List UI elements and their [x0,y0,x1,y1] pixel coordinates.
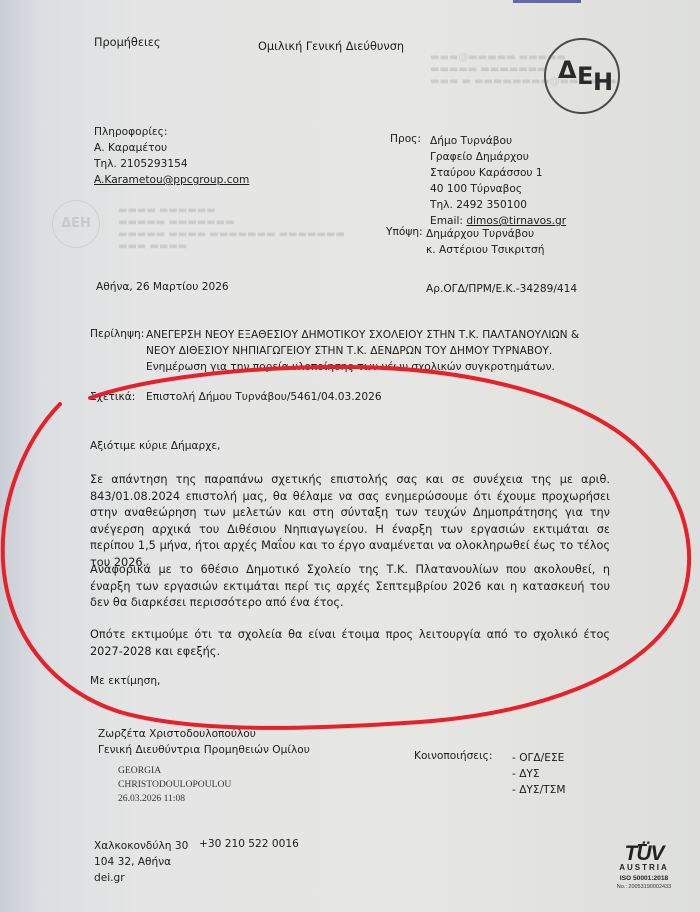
recipient-line: Γραφείο Δημάρχου [430,149,566,165]
digital-signature-line: GEORGIA [118,764,231,778]
body-paragraph-1: Σε απάντηση της παραπάνω σχετικής επιστο… [90,472,610,572]
sender-info-label: Πληροφορίες: [94,124,249,140]
footer-website: dei.gr [94,870,188,886]
department-label: Προμήθειες [94,36,161,49]
digital-signature-stamp: GEORGIA CHRISTODOULOPOULOU 26.03.2026 11… [118,764,231,806]
attention-line: κ. Αστέριου Τσικριτσή [426,242,544,258]
top-link-remnant [513,0,581,3]
iso-standard: ISO 50001:2018 [608,875,680,882]
signature-block: Ζωρζέτα Χριστοδουλοπούλου Γενική Διευθύν… [98,726,310,758]
subject-label: Περίληψη: [90,328,144,340]
signatory-title: Γενική Διευθύντρια Προμηθειών Ομίλου [98,742,310,758]
division-label: Ομιλική Γενική Διεύθυνση [258,40,404,53]
sender-phone: Τηλ. 2105293154 [94,156,249,172]
recipient-block: Δήμο Τυρνάβου Γραφείο Δημάρχου Σταύρου Κ… [430,133,566,229]
attention-block: Δημάρχου Τυρνάβου κ. Αστέριου Τσικριτσή [426,226,544,258]
digital-signature-line: 26.03.2026 11:08 [118,792,231,806]
recipient-line: Σταύρου Καράσσου 1 [430,165,566,181]
sender-block: Πληροφορίες: Α. Καραμέτου Τηλ. 210529315… [94,124,249,188]
subject-line: ΝΕΟΥ ΔΙΘΕΣΙΟΥ ΝΗΠΙΑΓΩΓΕΙΟΥ ΣΤΗΝ Τ.Κ. ΔΕΝ… [146,343,579,359]
closing: Με εκτίμηση, [90,675,160,687]
related-value: Επιστολή Δήμου Τυρνάβου/5461/04.03.2026 [146,391,382,403]
greeting: Αξιότιμε κύριε Δήμαρχε, [90,440,220,452]
letter-date: Αθήνα, 26 Μαρτίου 2026 [96,281,229,293]
recipient-line: Δήμο Τυρνάβου [430,133,566,149]
subject-line: ΑΝΕΓΕΡΣΗ ΝΕΟΥ ΕΞΑΘΕΣΙΟΥ ΔΗΜΟΤΙΚΟΥ ΣΧΟΛΕΙ… [146,327,579,343]
tuv-umlaut-bar [638,844,647,846]
sender-email-link[interactable]: A.Karametou@ppcgroup.com [94,172,249,188]
reference-number: Αρ.ΟΓΔ/ΠΡΜ/Ε.Κ.-34289/414 [426,283,577,295]
dei-logo: Δ Ε Η [544,38,620,114]
recipient-line: 40 100 Τύρναβος [430,181,566,197]
footer-address-line: Χαλκοκονδύλη 30 [94,838,188,854]
logo-letter-epsilon: Ε [577,62,593,90]
body-paragraph-3: Οπότε εκτιμούμε ότι τα σχολεία θα είναι … [90,627,610,660]
logo-letter-delta: Δ [558,56,577,84]
cc-item: - ΔΥΣ [512,766,565,782]
bleed-through-text: ▬▬▬▬ ▬▬▬▬▬▬▬▬▬▬▬ ▬▬▬▬▬▬▬▬▬▬▬▬ ▬▬▬▬ ▬▬▬▬▬… [118,205,345,253]
footer-address-line: 104 32, Αθήνα [94,854,188,870]
subject-block: ΑΝΕΓΕΡΣΗ ΝΕΟΥ ΕΞΑΘΕΣΙΟΥ ΔΗΜΟΤΙΚΟΥ ΣΧΟΛΕΙ… [146,327,579,375]
certificate-number: No.: 20053190002433 [608,884,680,890]
tuv-austria-certification-logo: TÜV AUSTRIA ISO 50001:2018 No.: 20053190… [608,842,680,890]
recipient-line: Τηλ. 2492 350100 [430,197,566,213]
digital-signature-line: CHRISTODOULOPOULOU [118,778,231,792]
body-paragraph-2: Αναφορικά με το 6θέσιο Δημοτικό Σχολείο … [90,562,610,612]
logo-letter-eta: Η [593,68,613,96]
footer-address: Χαλκοκονδύλη 30 104 32, Αθήνα dei.gr [94,838,188,886]
footer-phone: +30 210 522 0016 [199,838,299,850]
cc-item: - ΟΓΔ/ΕΣΕ [512,750,565,766]
signatory-name: Ζωρζέτα Χριστοδουλοπούλου [98,726,310,742]
cc-item: - ΔΥΣ/ΤΣΜ [512,782,565,798]
related-label: Σχετικά: [90,391,135,403]
bleed-through-logo: ΔΕΗ [52,200,100,248]
attention-label: Υπόψη: [386,226,423,238]
subject-line: Ενημέρωση για την πορεία υλοποίησης των … [146,359,579,375]
recipient-label: Προς: [390,133,421,145]
attention-line: Δημάρχου Τυρνάβου [426,226,544,242]
cc-label: Κοινοποιήσεις: [414,750,492,762]
sender-name: Α. Καραμέτου [94,140,249,156]
cc-list: - ΟΓΔ/ΕΣΕ - ΔΥΣ - ΔΥΣ/ΤΣΜ [512,750,565,798]
